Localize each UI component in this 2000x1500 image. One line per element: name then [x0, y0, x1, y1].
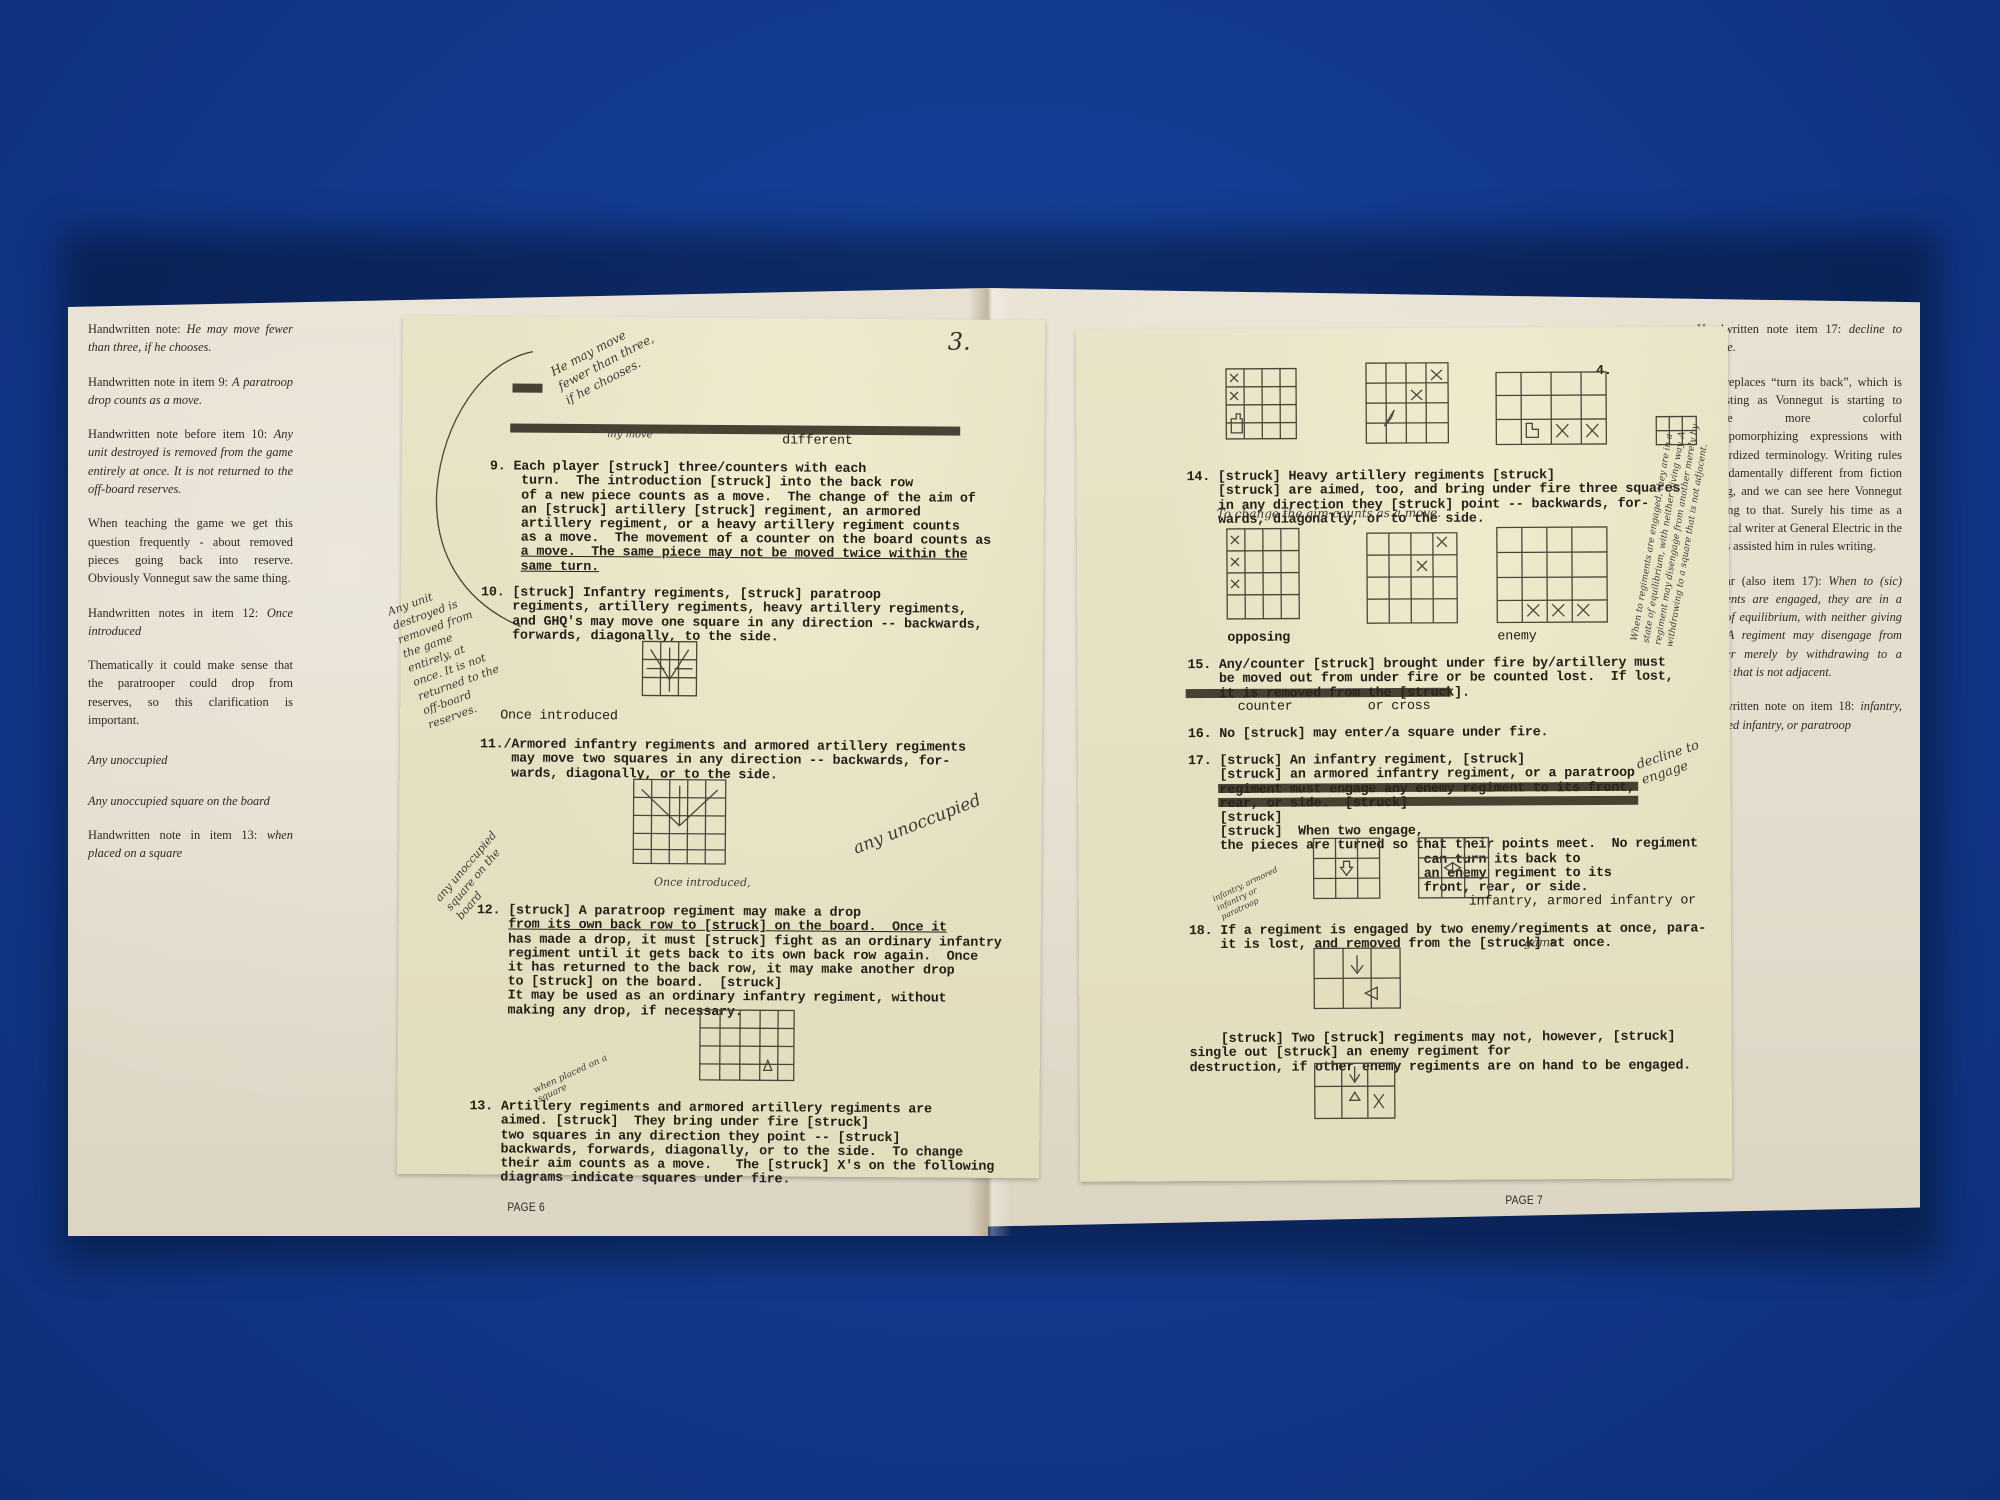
sidenote: Any unoccupied square on the board [88, 792, 293, 810]
page-number-right: PAGE 7 [1505, 1193, 1543, 1207]
engagement-diagram [1308, 832, 1508, 903]
item-18-continued: [struck] Two [struck] regiments may not,… [1189, 1017, 1691, 1076]
fire-diagram-row-1 [1206, 357, 1686, 450]
sidenote: Handwritten note before item 10: Any uni… [88, 425, 293, 498]
manuscript-sheet-4: 4. 14. [struck] Heavy artillery regiment… [1076, 326, 1732, 1181]
item-9: 9. Each player [struck] three/counters w… [489, 446, 991, 577]
sheet-number: 3. [948, 328, 971, 356]
struck-line [510, 424, 960, 436]
margin-note-item14: To change the aim counts as a move. [1217, 505, 1617, 521]
sidenote: Handwritten note: He may move fewer than… [88, 320, 293, 357]
item-12: 12. [struck] A paratroop regiment may ma… [476, 890, 1002, 1021]
margin-note-item18-under: game [1524, 935, 1557, 949]
margin-note-item12-right: any unoccupied [851, 790, 984, 858]
manuscript-sheet-3: 3. He may move fewer than three, if he c… [397, 316, 1045, 1178]
sidenote: Thematically it could make sense that th… [88, 656, 293, 729]
double-engagement-diagram [1309, 943, 1409, 1014]
item-11-insert: Once introduced [500, 709, 618, 724]
margin-note-item12-top: Once introduced, [654, 876, 751, 890]
item-18-insert: infantry, armored infantry or [1469, 894, 1696, 909]
item-18: 18. If a regiment is engaged by two enem… [1189, 908, 1706, 953]
paratroop-drop-diagram [698, 1008, 799, 1084]
sidenote: When teaching the game we get this quest… [88, 514, 293, 587]
margin-note-top: He may move fewer than three, if he choo… [548, 314, 668, 408]
item-16: 16. No [struck] may enter/a square under… [1188, 712, 1549, 742]
sidenote: Handwritten note in item 9: A paratroop … [88, 373, 293, 410]
movement-diagram-one-square [640, 639, 700, 699]
item-13: 13. Artillery regiments and armored arti… [469, 1086, 995, 1189]
sidenote: Handwritten note in item 13: when placed… [88, 826, 293, 863]
page-number-left: PAGE 6 [507, 1200, 545, 1214]
movement-diagram-two-squares [631, 777, 732, 868]
item-9-insert: different [782, 434, 853, 449]
item-11: 11./Armored infantry regiments and armor… [480, 724, 966, 784]
single-out-diagram [1310, 1058, 1400, 1118]
margin-note-item9: my move [607, 429, 652, 440]
sidenote: Handwritten notes in item 12: Once intro… [88, 604, 293, 641]
fire-diagram-row-2 [1207, 522, 1688, 635]
struck-hash [512, 384, 542, 393]
struck-line [1186, 688, 1451, 698]
left-sidenotes: Handwritten note: He may move fewer than… [88, 320, 293, 879]
item-10: 10. [struck] Infantry regiments, [struck… [481, 572, 983, 647]
open-booklet: Handwritten note: He may move fewer than… [68, 288, 1920, 1236]
sidenote: Any unoccupied [88, 751, 293, 769]
